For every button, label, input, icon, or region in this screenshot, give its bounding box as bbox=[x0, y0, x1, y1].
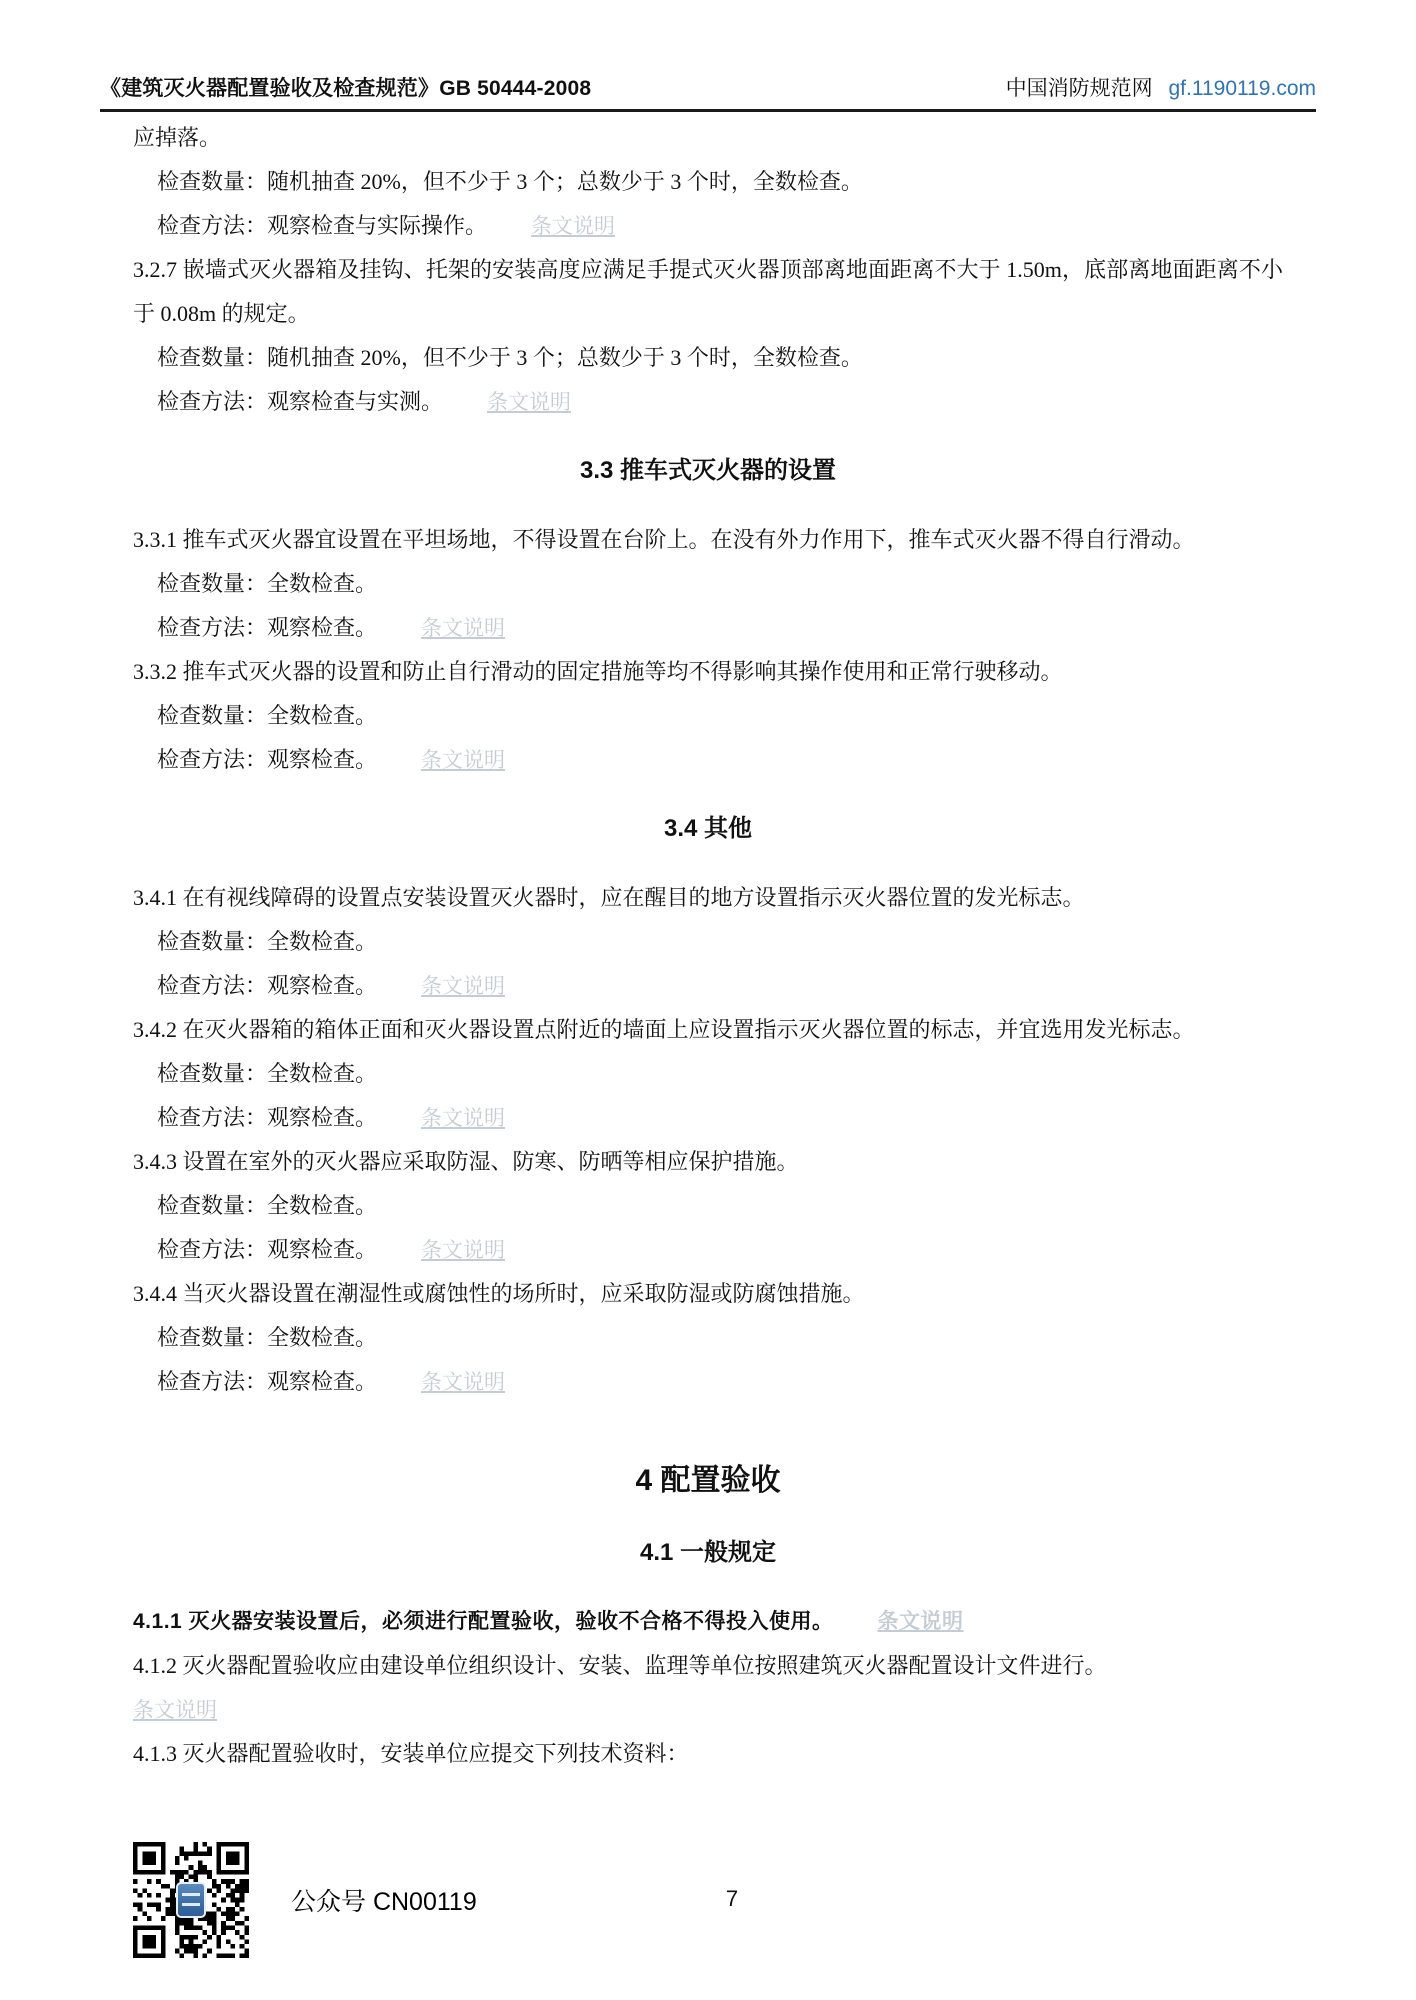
clause-text: 应掉落。 bbox=[133, 125, 221, 150]
clause-paragraph: 3.2.7 嵌墙式灭火器箱及挂钩、托架的安装高度应满足手提式灭火器顶部离地面距离… bbox=[133, 248, 1283, 336]
clause-paragraph: 3.3.1 推车式灭火器宜设置在平坦场地，不得设置在台阶上。在没有外力作用下，推… bbox=[133, 518, 1283, 562]
article-note-link[interactable]: 条文说明 bbox=[133, 1698, 217, 1722]
clause-text: 检查数量：全数检查。 bbox=[157, 1061, 377, 1086]
clause-text: 3.4.2 在灭火器箱的箱体正面和灭火器设置点附近的墙面上应设置指示灭火器位置的… bbox=[133, 1017, 1195, 1042]
qr-center-logo-icon bbox=[176, 1882, 206, 1918]
header-title: 《建筑灭火器配置验收及检查规范》GB 50444-2008 bbox=[100, 76, 591, 102]
clause-text: 检查数量：全数检查。 bbox=[157, 929, 377, 954]
clause-text: 检查数量：全数检查。 bbox=[157, 1193, 377, 1218]
clause-paragraph: 检查数量：全数检查。 bbox=[133, 562, 1283, 606]
page-number: 7 bbox=[726, 1886, 738, 1912]
clause-text: 3.4.1 在有视线障碍的设置点安装设置灭火器时，应在醒目的地方设置指示灭火器位… bbox=[133, 885, 1085, 910]
clause-text: 3.2.7 嵌墙式灭火器箱及挂钩、托架的安装高度应满足手提式灭火器顶部离地面距离… bbox=[133, 257, 1283, 326]
clause-paragraph: 检查数量：全数检查。 bbox=[133, 920, 1283, 964]
chapter-heading: 4 配置验收 bbox=[133, 1456, 1283, 1506]
clause-paragraph: 检查方法：观察检查。条文说明 bbox=[133, 606, 1283, 650]
article-note-link[interactable]: 条文说明 bbox=[531, 214, 615, 238]
clause-paragraph: 检查方法：观察检查。条文说明 bbox=[133, 738, 1283, 782]
page: { "header": { "title": "《建筑灭火器配置验收及检查规范》… bbox=[0, 0, 1416, 2000]
clause-paragraph: 3.3.2 推车式灭火器的设置和防止自行滑动的固定措施等均不得影响其操作使用和正… bbox=[133, 650, 1283, 694]
clause-paragraph: 检查方法：观察检查与实际操作。条文说明 bbox=[133, 204, 1283, 248]
clause-paragraph: 检查方法：观察检查。条文说明 bbox=[133, 1360, 1283, 1404]
clause-text: 4.1.2 灭火器配置验收应由建设单位组织设计、安装、监理等单位按照建筑灭火器配… bbox=[133, 1653, 1107, 1678]
clause-paragraph: 检查方法：观察检查。条文说明 bbox=[133, 1096, 1283, 1140]
section-heading: 3.3 推车式灭火器的设置 bbox=[133, 449, 1283, 493]
clause-text: 3.3.1 推车式灭火器宜设置在平坦场地，不得设置在台阶上。在没有外力作用下，推… bbox=[133, 527, 1195, 552]
clause-paragraph: 检查方法：观察检查与实测。条文说明 bbox=[133, 380, 1283, 424]
clause-text: 4.1.1 灭火器安装设置后，必须进行配置验收，验收不合格不得投入使用。 bbox=[133, 1610, 834, 1633]
clause-text: 检查数量：全数检查。 bbox=[157, 703, 377, 728]
article-note-link[interactable]: 条文说明 bbox=[421, 748, 505, 772]
header-site: 中国消防规范网 gf.1190119.com bbox=[1006, 76, 1316, 102]
document-body: 应掉落。检查数量：随机抽查 20%，但不少于 3 个；总数少于 3 个时，全数检… bbox=[133, 116, 1283, 1776]
clause-paragraph: 3.4.4 当灭火器设置在潮湿性或腐蚀性的场所时，应采取防湿或防腐蚀措施。 bbox=[133, 1272, 1283, 1316]
clause-text: 检查方法：观察检查与实际操作。 bbox=[157, 213, 487, 238]
article-note-link[interactable]: 条文说明 bbox=[878, 1610, 964, 1633]
clause-paragraph: 检查方法：观察检查。条文说明 bbox=[133, 1228, 1283, 1272]
clause-text: 检查数量：全数检查。 bbox=[157, 571, 377, 596]
clause-text: 检查方法：观察检查。 bbox=[157, 615, 377, 640]
clause-text: 检查方法：观察检查。 bbox=[157, 973, 377, 998]
clause-paragraph: 4.1.3 灭火器配置验收时，安装单位应提交下列技术资料： bbox=[133, 1732, 1283, 1776]
clause-text: 检查数量：全数检查。 bbox=[157, 1325, 377, 1350]
clause-paragraph: 检查方法：观察检查。条文说明 bbox=[133, 964, 1283, 1008]
clause-text: 检查方法：观察检查。 bbox=[157, 1105, 377, 1130]
clause-paragraph: 检查数量：全数检查。 bbox=[133, 1052, 1283, 1096]
article-note-link[interactable]: 条文说明 bbox=[421, 1370, 505, 1394]
clause-paragraph: 检查数量：随机抽查 20%，但不少于 3 个；总数少于 3 个时，全数检查。 bbox=[133, 160, 1283, 204]
clause-text: 3.4.4 当灭火器设置在潮湿性或腐蚀性的场所时，应采取防湿或防腐蚀措施。 bbox=[133, 1281, 865, 1306]
footer-label: 公众号 CN00119 bbox=[291, 1882, 477, 1918]
article-note-link[interactable]: 条文说明 bbox=[421, 1106, 505, 1130]
page-footer: 公众号 CN00119 bbox=[133, 1842, 477, 1958]
clause-paragraph: 检查数量：全数检查。 bbox=[133, 694, 1283, 738]
article-note-link[interactable]: 条文说明 bbox=[487, 390, 571, 414]
clause-paragraph: 3.4.2 在灭火器箱的箱体正面和灭火器设置点附近的墙面上应设置指示灭火器位置的… bbox=[133, 1008, 1283, 1052]
clause-text: 检查方法：观察检查与实测。 bbox=[157, 389, 443, 414]
clause-paragraph: 4.1.1 灭火器安装设置后，必须进行配置验收，验收不合格不得投入使用。条文说明 bbox=[133, 1600, 1283, 1644]
clause-paragraph: 3.4.3 设置在室外的灭火器应采取防湿、防寒、防晒等相应保护措施。 bbox=[133, 1140, 1283, 1184]
section-heading: 3.4 其他 bbox=[133, 807, 1283, 851]
article-note-link[interactable]: 条文说明 bbox=[421, 616, 505, 640]
clause-text: 检查方法：观察检查。 bbox=[157, 747, 377, 772]
qr-code bbox=[133, 1842, 249, 1958]
note-link-line: 条文说明 bbox=[133, 1688, 1283, 1732]
site-name: 中国消防规范网 bbox=[1006, 77, 1153, 100]
section-heading: 4.1 一般规定 bbox=[133, 1531, 1283, 1575]
clause-text: 检查数量：随机抽查 20%，但不少于 3 个；总数少于 3 个时，全数检查。 bbox=[157, 345, 863, 370]
clause-text: 4.1.3 灭火器配置验收时，安装单位应提交下列技术资料： bbox=[133, 1741, 689, 1766]
clause-text: 检查数量：随机抽查 20%，但不少于 3 个；总数少于 3 个时，全数检查。 bbox=[157, 169, 863, 194]
site-link[interactable]: gf.1190119.com bbox=[1169, 77, 1317, 100]
clause-text: 检查方法：观察检查。 bbox=[157, 1369, 377, 1394]
clause-text: 3.4.3 设置在室外的灭火器应采取防湿、防寒、防晒等相应保护措施。 bbox=[133, 1149, 799, 1174]
article-note-link[interactable]: 条文说明 bbox=[421, 974, 505, 998]
clause-paragraph: 检查数量：全数检查。 bbox=[133, 1184, 1283, 1228]
clause-paragraph: 3.4.1 在有视线障碍的设置点安装设置灭火器时，应在醒目的地方设置指示灭火器位… bbox=[133, 876, 1283, 920]
clause-text: 检查方法：观察检查。 bbox=[157, 1237, 377, 1262]
clause-paragraph: 检查数量：全数检查。 bbox=[133, 1316, 1283, 1360]
clause-paragraph: 检查数量：随机抽查 20%，但不少于 3 个；总数少于 3 个时，全数检查。 bbox=[133, 336, 1283, 380]
clause-text: 3.3.2 推车式灭火器的设置和防止自行滑动的固定措施等均不得影响其操作使用和正… bbox=[133, 659, 1063, 684]
clause-paragraph: 4.1.2 灭火器配置验收应由建设单位组织设计、安装、监理等单位按照建筑灭火器配… bbox=[133, 1644, 1283, 1688]
page-header: 《建筑灭火器配置验收及检查规范》GB 50444-2008 中国消防规范网 gf… bbox=[100, 0, 1316, 112]
clause-paragraph: 应掉落。 bbox=[133, 116, 1283, 160]
article-note-link[interactable]: 条文说明 bbox=[421, 1238, 505, 1262]
